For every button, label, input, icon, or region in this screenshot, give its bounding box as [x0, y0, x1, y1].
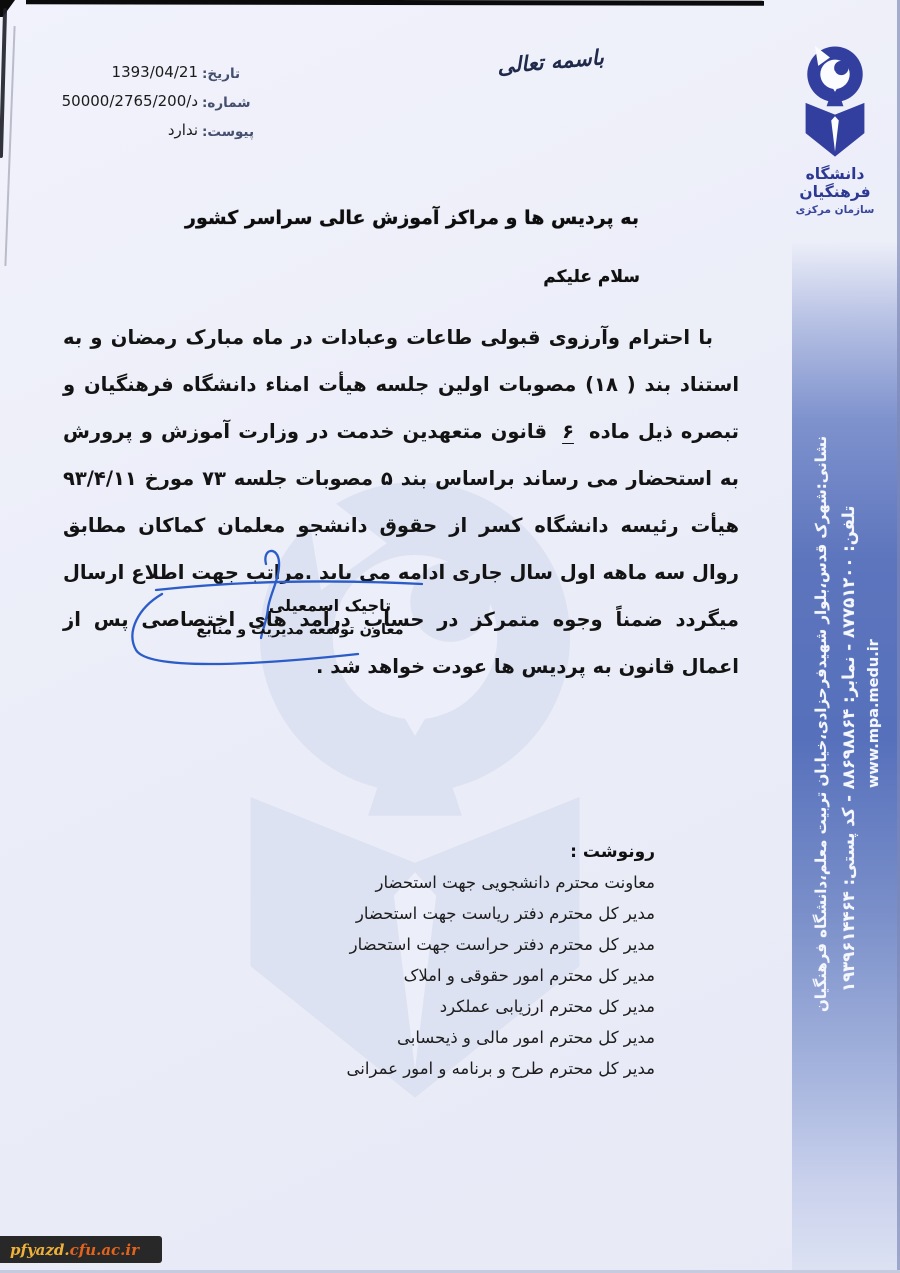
cc-item: مدیر کل محترم امور حقوقی و املاک — [295, 960, 655, 991]
sidebar-website: www.mpa.medu.ir — [866, 639, 882, 788]
central-organization-name: سازمان مرکزی — [775, 204, 895, 216]
signer-name: تاجیک اسمعیلی — [255, 596, 405, 615]
attachment-label: پیوست: — [202, 124, 282, 140]
article-number: ۶ — [555, 420, 581, 443]
recipient-title: به پردیس ها و مراکز آموزش عالی سراسر کشو… — [92, 207, 732, 229]
salutation: سلام علیکم — [65, 267, 640, 287]
university-logo-icon — [793, 44, 877, 160]
sidebar-address: نشانی:شهرک قدس،بلوار شهیدفرحزادی،خیابان … — [812, 436, 830, 1012]
scan-crease-line — [4, 26, 15, 266]
cc-item: مدیر کل محترم طرح و برنامه و امور عمرانی — [295, 1053, 655, 1084]
date-label: تاریخ: — [202, 66, 282, 82]
cc-item: معاونت محترم دانشجویی جهت استحضار — [295, 867, 655, 898]
number-value: د/50000/2765/200 — [46, 92, 198, 110]
cc-list: رونوشت : معاونت محترم دانشجویی جهت استحض… — [295, 842, 655, 1084]
cc-label: رونوشت : — [295, 842, 655, 862]
university-name: دانشگاه فرهنگیان — [775, 165, 895, 201]
university-logo: دانشگاه فرهنگیان سازمان مرکزی — [775, 44, 895, 216]
site-watermark: pfyazd.cfu.ac.ir — [0, 1236, 162, 1263]
cc-item: مدیر کل محترم امور مالی و ذیحسابی — [295, 1022, 655, 1053]
attachment-value: ندارد — [46, 121, 198, 139]
date-value: 1393/04/21 — [46, 63, 198, 81]
signer-title: معاون توسعه مدیریت و منابع — [190, 622, 410, 638]
scan-edge-left — [0, 8, 7, 158]
cc-item: مدیر کل محترم دفتر حراست جهت استحضار — [295, 929, 655, 960]
site-watermark-prefix: pfyazd. — [10, 1241, 70, 1259]
bismillah-text: باسمه تعالی — [423, 44, 604, 85]
number-label: شماره: — [202, 95, 282, 111]
site-watermark-suffix: cfu.ac.ir — [70, 1241, 139, 1259]
cc-item: مدیر کل محترم دفتر ریاست جهت استحضار — [295, 898, 655, 929]
letter-page: باسمه تعالی تاریخ: 1393/04/21 شماره: د/5… — [0, 0, 900, 1273]
sidebar-phone-fax-postal: تلفن: ۸۷۷۵۱۲۰۰ - نمابر: ۸۸۶۹۸۸۶۴ - کد پس… — [839, 506, 858, 992]
cc-item: مدیر کل محترم ارزیابی عملکرد — [295, 991, 655, 1022]
scan-edge-top — [26, 0, 764, 6]
